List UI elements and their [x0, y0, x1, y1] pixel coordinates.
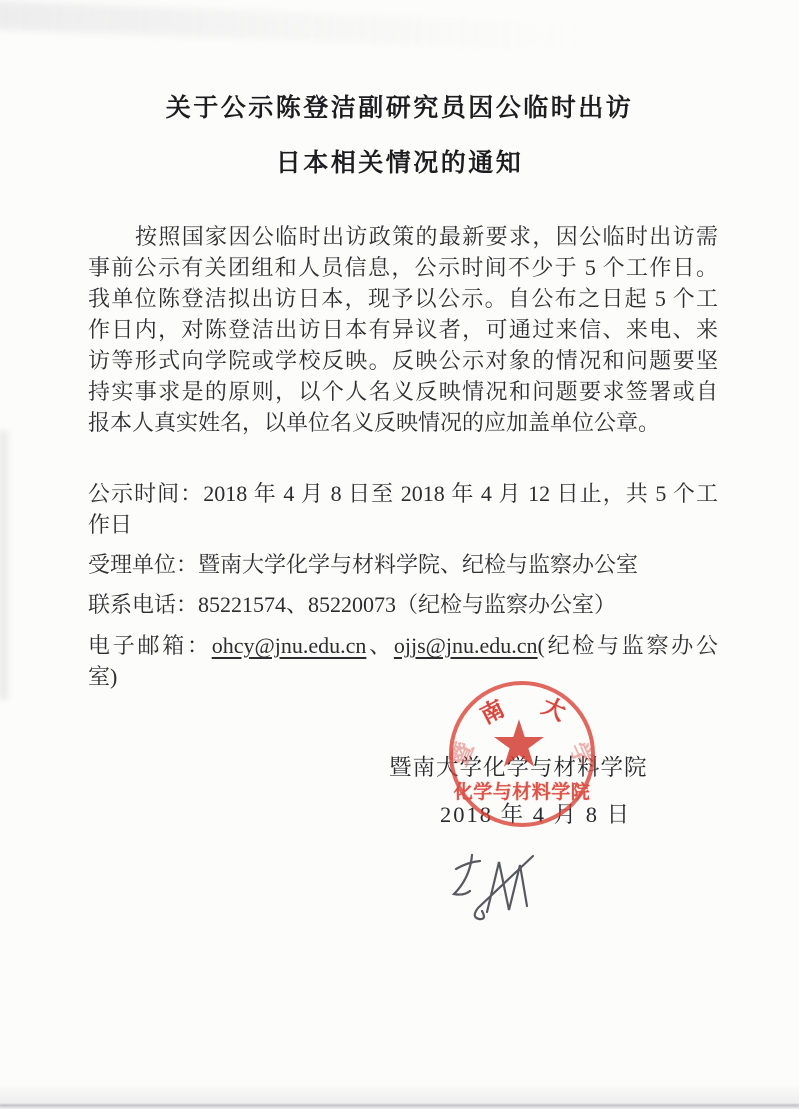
scan-shadow-left — [0, 430, 12, 700]
contact-phone-line: 联系电话：85221574、85220073（纪检与监察办公室） — [88, 589, 718, 620]
seal-star-icon — [493, 719, 545, 769]
scan-shadow-top — [0, 0, 690, 56]
paragraph-line: 持实事求是的原则，以个人名义反映情况和问题要求签署或自 — [88, 376, 718, 407]
paragraph-line: 按照国家因公临时出访政策的最新要求，因公临时出访需 — [88, 221, 718, 252]
paragraph-line: 我单位陈登洁拟出访日本，现予以公示。自公布之日起 5 个工 — [88, 283, 718, 314]
official-seal: 暨 南 大 学 化学与材料学院 — [449, 681, 595, 827]
paragraph-line: 事前公示有关团组和人员信息，公示时间不少于 5 个工作日。 — [88, 252, 718, 283]
paragraph-line: 报本人真实姓名，以单位名义反映情况的应加盖单位公章。 — [88, 407, 718, 438]
accepting-unit-line: 受理单位：暨南大学化学与材料学院、纪检与监察办公室 — [88, 549, 718, 580]
email-address-1: ohcy@jnu.edu.cn — [212, 633, 367, 658]
notice-title-line-2: 日本相关情况的通知 — [0, 143, 799, 179]
publicity-period-line-1: 公示时间：2018 年 4 月 8 日至 2018 年 4 月 12 日止，共 … — [88, 478, 718, 509]
paragraph-line: 作日内，对陈登洁出访日本有异议者，可通过来信、来电、来 — [88, 314, 718, 345]
body-paragraph: 按照国家因公临时出访政策的最新要求，因公临时出访需 事前公示有关团组和人员信息，… — [88, 221, 718, 438]
email-separator: 、 — [366, 633, 393, 658]
email-label: 电子邮箱： — [88, 633, 212, 658]
publicity-period-line-2: 作日 — [88, 509, 718, 540]
paragraph-line: 访等形式向学院或学校反映。反映公示对象的情况和问题要坚 — [88, 345, 718, 376]
email-address-2: ojjs@jnu.edu.cn — [394, 633, 538, 658]
seal-bottom-text: 化学与材料学院 — [453, 777, 591, 804]
email-line-wrap: 室) — [88, 661, 718, 692]
scanned-notice-page: 关于公示陈登洁副研究员因公临时出访 日本相关情况的通知 按照国家因公临时出访政策… — [0, 0, 799, 1109]
email-suffix: (纪检与监察办公 — [538, 633, 718, 658]
notice-title-line-1: 关于公示陈登洁副研究员因公临时出访 — [0, 88, 799, 124]
handwritten-signature — [430, 838, 560, 948]
scan-edge-line — [0, 1104, 799, 1107]
email-line: 电子邮箱：ohcy@jnu.edu.cn、ojjs@jnu.edu.cn(纪检与… — [88, 630, 718, 661]
